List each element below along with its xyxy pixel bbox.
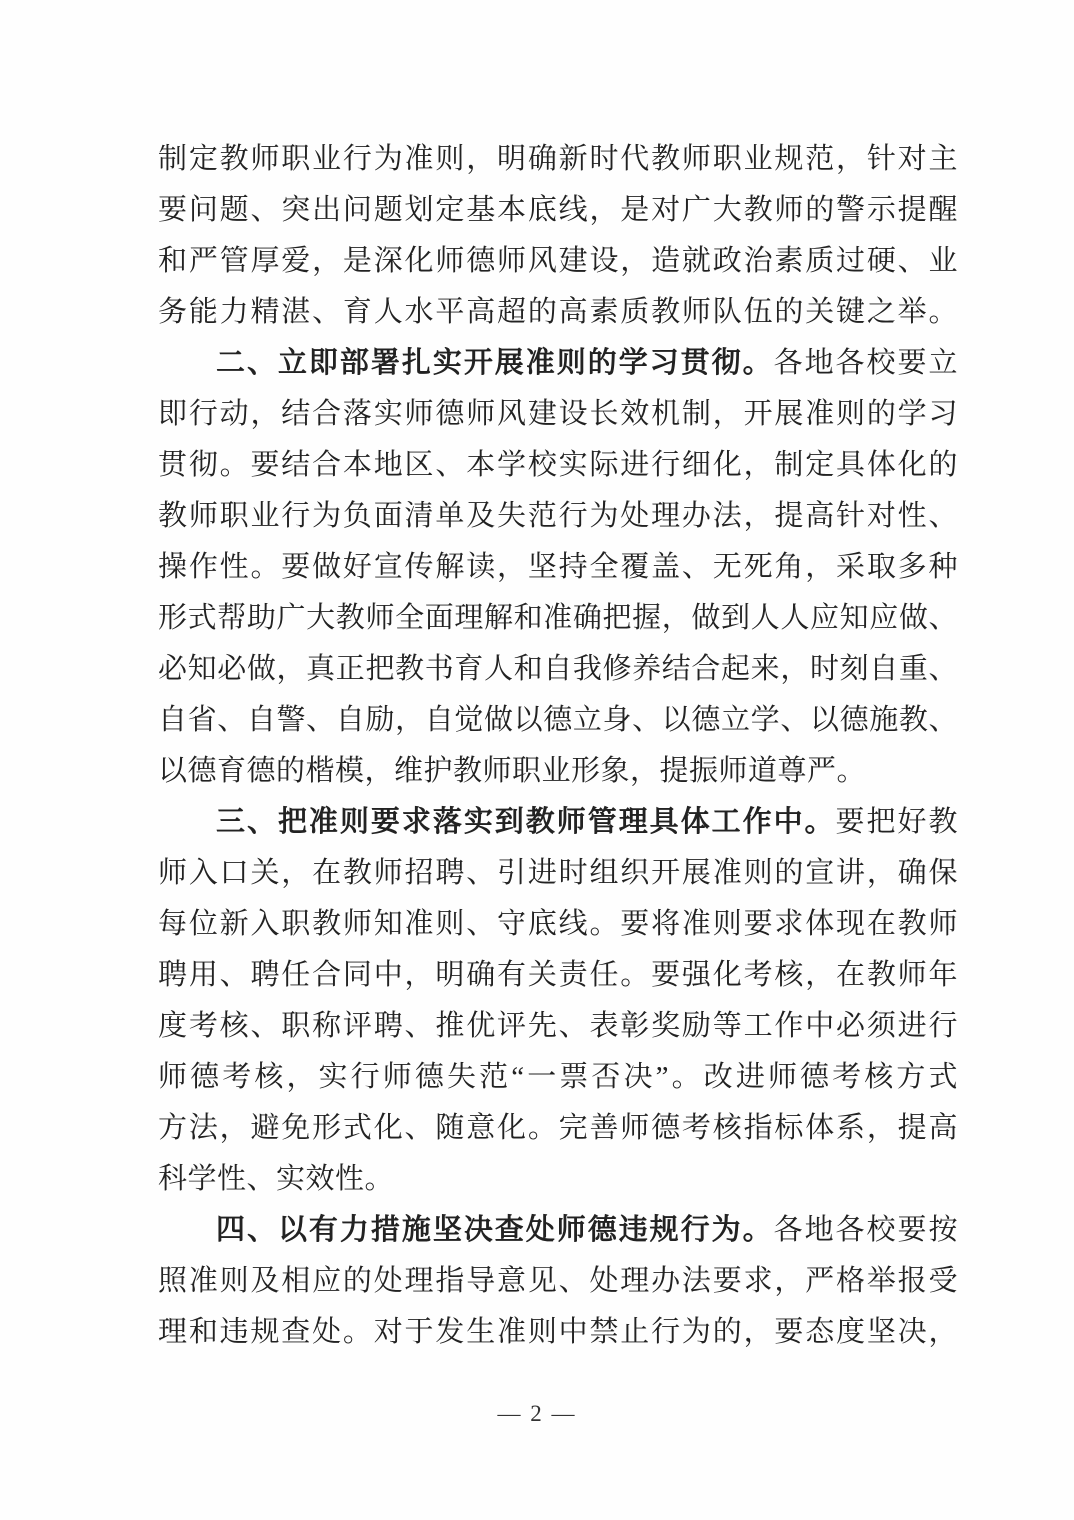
text-line: 和严管厚爱，是深化师德师风建设，造就政治素质过硬、业 bbox=[158, 236, 958, 287]
line-text: 各地各校要立 bbox=[774, 347, 958, 379]
line-text: 教师职业行为负面清单及失范行为处理办法，提高针对性、 bbox=[158, 500, 958, 532]
section-heading: 二、立即部署扎实开展准则的学习贯彻。 bbox=[216, 347, 774, 379]
text-line: 贯彻。要结合本地区、本学校实际进行细化，制定具体化的 bbox=[158, 440, 958, 491]
line-text: 各地各校要按 bbox=[774, 1214, 958, 1246]
text-line: 科学性、实效性。 bbox=[158, 1154, 958, 1205]
line-text: 理和违规查处。对于发生准则中禁止行为的，要态度坚决， bbox=[158, 1316, 958, 1348]
text-line: 即行动，结合落实师德师风建设长效机制，开展准则的学习 bbox=[158, 389, 958, 440]
text-line: 师入口关，在教师招聘、引进时组织开展准则的宣讲，确保 bbox=[158, 848, 958, 899]
text-line: 照准则及相应的处理指导意见、处理办法要求，严格举报受 bbox=[158, 1256, 958, 1307]
line-text: 务能力精湛、育人水平高超的高素质教师队伍的关键之举。 bbox=[158, 296, 958, 328]
text-line: 方法，避免形式化、随意化。完善师德考核指标体系，提高 bbox=[158, 1103, 958, 1154]
line-text: 师德考核，实行师德失范“一票否决”。改进师德考核方式 bbox=[158, 1061, 958, 1093]
line-text: 照准则及相应的处理指导意见、处理办法要求，严格举报受 bbox=[158, 1265, 958, 1297]
line-text: 和严管厚爱，是深化师德师风建设，造就政治素质过硬、业 bbox=[158, 245, 958, 277]
text-line: 必知必做，真正把教书育人和自我修养结合起来，时刻自重、 bbox=[158, 644, 958, 695]
text-line: 师德考核，实行师德失范“一票否决”。改进师德考核方式 bbox=[158, 1052, 958, 1103]
line-text: 每位新入职教师知准则、守底线。要将准则要求体现在教师 bbox=[158, 908, 958, 940]
text-line: 制定教师职业行为准则，明确新时代教师职业规范，针对主 bbox=[158, 134, 958, 185]
line-text: 要把好教 bbox=[836, 806, 958, 838]
line-text: 以德育德的楷模，维护教师职业形象，提振师道尊严。 bbox=[158, 755, 866, 787]
text-line: 二、立即部署扎实开展准则的学习贯彻。各地各校要立 bbox=[158, 338, 958, 389]
text-line: 聘用、聘任合同中，明确有关责任。要强化考核，在教师年 bbox=[158, 950, 958, 1001]
section-heading: 四、以有力措施坚决查处师德违规行为。 bbox=[216, 1214, 774, 1246]
text-line: 形式帮助广大教师全面理解和准确把握，做到人人应知应做、 bbox=[158, 593, 958, 644]
text-line: 每位新入职教师知准则、守底线。要将准则要求体现在教师 bbox=[158, 899, 958, 950]
line-text: 形式帮助广大教师全面理解和准确把握，做到人人应知应做、 bbox=[158, 602, 958, 634]
text-line: 操作性。要做好宣传解读，坚持全覆盖、无死角，采取多种 bbox=[158, 542, 958, 593]
line-text: 要问题、突出问题划定基本底线，是对广大教师的警示提醒 bbox=[158, 194, 958, 226]
line-text: 度考核、职称评聘、推优评先、表彰奖励等工作中必须进行 bbox=[158, 1010, 958, 1042]
line-text: 科学性、实效性。 bbox=[158, 1163, 394, 1195]
text-line: 度考核、职称评聘、推优评先、表彰奖励等工作中必须进行 bbox=[158, 1001, 958, 1052]
document-page: 制定教师职业行为准则，明确新时代教师职业规范，针对主 要问题、突出问题划定基本底… bbox=[0, 0, 1074, 1520]
line-text: 师入口关，在教师招聘、引进时组织开展准则的宣讲，确保 bbox=[158, 857, 958, 889]
document-body: 制定教师职业行为准则，明确新时代教师职业规范，针对主 要问题、突出问题划定基本底… bbox=[158, 134, 958, 1358]
section-heading: 三、把准则要求落实到教师管理具体工作中。 bbox=[216, 806, 836, 838]
page-number: — 2 — bbox=[0, 1398, 1074, 1430]
line-text: 必知必做，真正把教书育人和自我修养结合起来，时刻自重、 bbox=[158, 653, 958, 685]
line-text: 贯彻。要结合本地区、本学校实际进行细化，制定具体化的 bbox=[158, 449, 958, 481]
text-line: 以德育德的楷模，维护教师职业形象，提振师道尊严。 bbox=[158, 746, 958, 797]
text-line: 三、把准则要求落实到教师管理具体工作中。要把好教 bbox=[158, 797, 958, 848]
text-line: 要问题、突出问题划定基本底线，是对广大教师的警示提醒 bbox=[158, 185, 958, 236]
line-text: 聘用、聘任合同中，明确有关责任。要强化考核，在教师年 bbox=[158, 959, 958, 991]
line-text: 自省、自警、自励，自觉做以德立身、以德立学、以德施教、 bbox=[158, 704, 958, 736]
text-line: 教师职业行为负面清单及失范行为处理办法，提高针对性、 bbox=[158, 491, 958, 542]
text-line: 自省、自警、自励，自觉做以德立身、以德立学、以德施教、 bbox=[158, 695, 958, 746]
text-line: 务能力精湛、育人水平高超的高素质教师队伍的关键之举。 bbox=[158, 287, 958, 338]
text-line: 理和违规查处。对于发生准则中禁止行为的，要态度坚决， bbox=[158, 1307, 958, 1358]
line-text: 即行动，结合落实师德师风建设长效机制，开展准则的学习 bbox=[158, 398, 958, 430]
text-line: 四、以有力措施坚决查处师德违规行为。各地各校要按 bbox=[158, 1205, 958, 1256]
line-text: 方法，避免形式化、随意化。完善师德考核指标体系，提高 bbox=[158, 1112, 958, 1144]
line-text: 操作性。要做好宣传解读，坚持全覆盖、无死角，采取多种 bbox=[158, 551, 958, 583]
line-text: 制定教师职业行为准则，明确新时代教师职业规范，针对主 bbox=[158, 143, 958, 175]
